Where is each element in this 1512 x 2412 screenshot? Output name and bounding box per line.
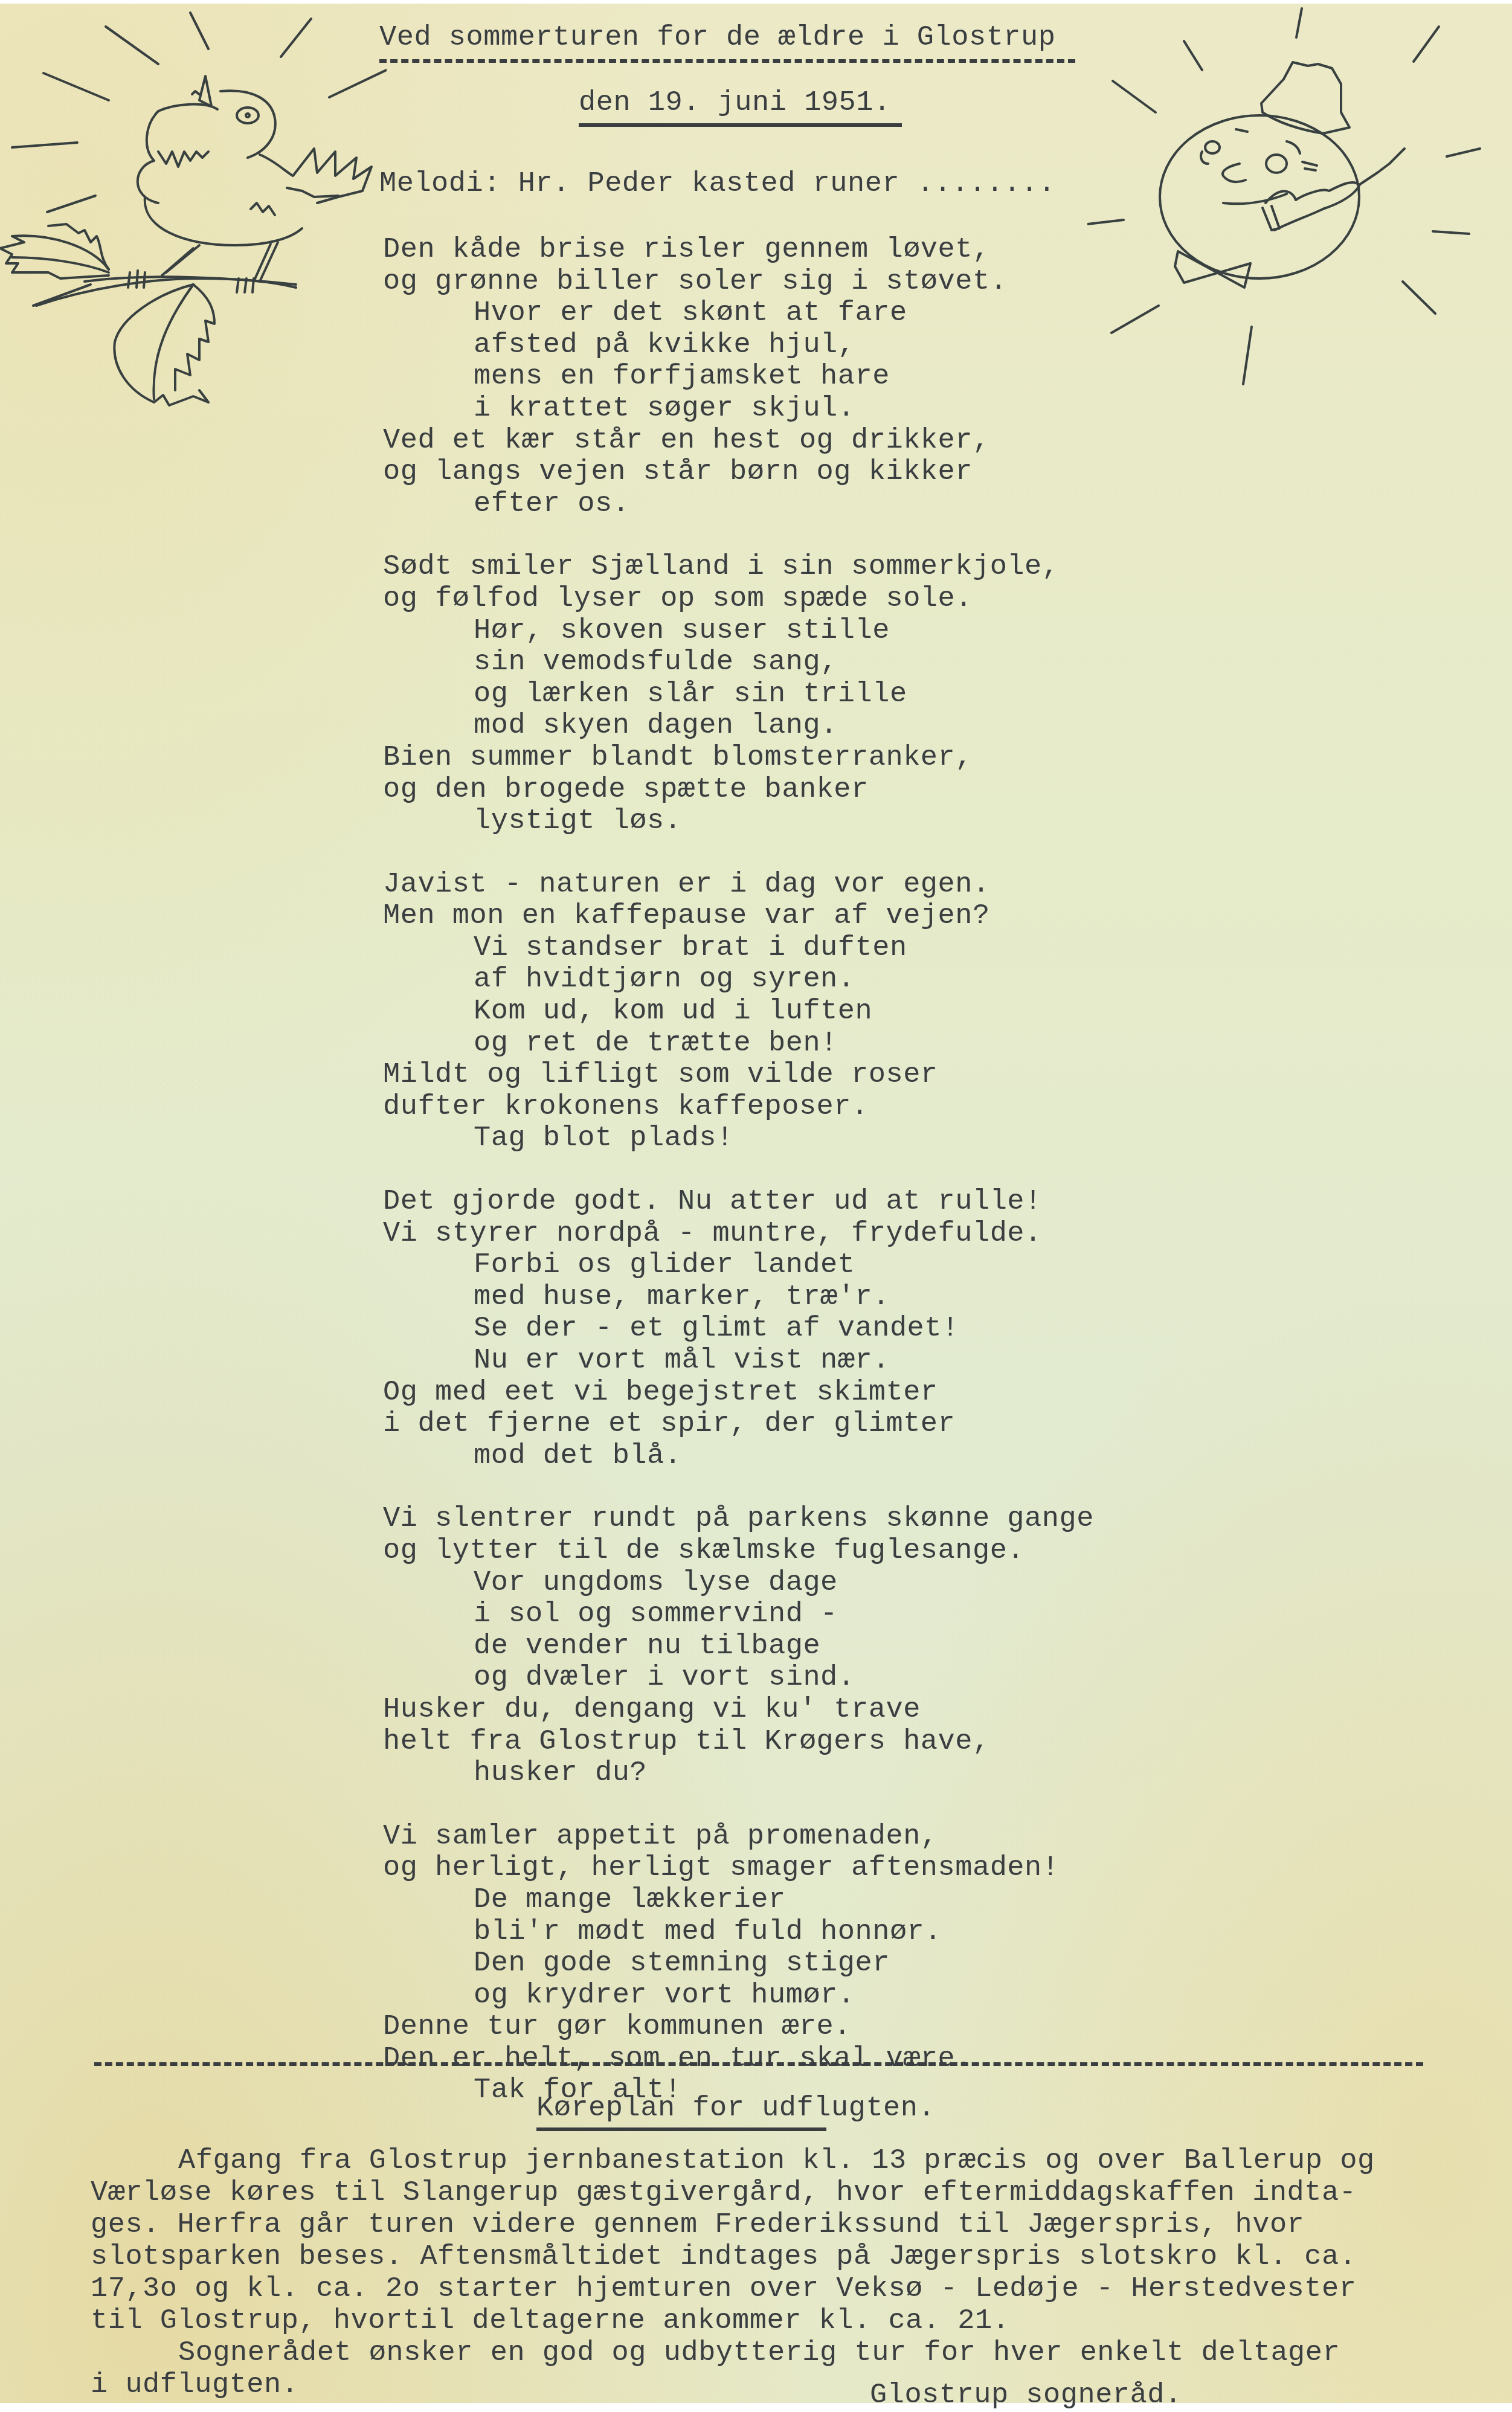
schedule-line: i udflugten. [91, 2369, 1438, 2401]
poem-line: mod skyen dagen lang. [383, 710, 1094, 742]
poem-line: Den gode stemning stiger [383, 1948, 1094, 1980]
poem-line: og langs vejen står børn og kikker [383, 457, 1094, 489]
poem-line: helt fra Glostrup til Krøgers have, [383, 1726, 1094, 1758]
poem-line: Bien summer blandt blomsterranker, [383, 742, 1094, 774]
melody-line: Melodi: Hr. Peder kasted runer ........ [379, 168, 1055, 200]
poem-line: dufter krokonens kaffeposer. [383, 1092, 1094, 1124]
poem-line: og herligt, herligt smager aftensmaden! [383, 1853, 1094, 1885]
poem-line: mod det blå. [383, 1441, 1094, 1473]
stanza: Sødt smiler Sjælland i sin sommerkjole, … [383, 552, 1094, 837]
poem-line: og den brogede spætte banker [383, 774, 1094, 806]
poem-line: Den er helt, som en tur skal være. [383, 2044, 1094, 2076]
poem-line: i det fjerne et spir, der glimter [383, 1409, 1094, 1441]
poem-line: og dvæler i vort sind. [383, 1662, 1094, 1694]
poem-line: Vi samler appetit på promenaden, [383, 1821, 1094, 1853]
poem-line: sin vemodsfulde sang, [383, 647, 1094, 679]
poem-line: Tag blot plads! [383, 1123, 1094, 1155]
date-underline [579, 123, 902, 127]
poem-line: Men mon en kaffepause var af vejen? [383, 901, 1094, 933]
poem-line: Og med eet vi begejstret skimter [383, 1377, 1094, 1409]
stanza: Det gjorde godt. Nu atter ud at rulle! V… [383, 1186, 1094, 1472]
poem-line: og lærken slår sin trille [383, 679, 1094, 711]
schedule-title-underline [536, 2127, 826, 2131]
poem-line: og følfod lyser op som spæde sole. [383, 584, 1094, 616]
poem-line: i krattet søger skjul. [383, 393, 1094, 425]
poem-line: mens en forfjamsket hare [383, 361, 1094, 393]
section-separator [94, 2062, 1423, 2066]
title-underline [379, 59, 1075, 63]
poem-line: Hør, skoven suser stille [383, 616, 1094, 648]
poem-line: Nu er vort mål vist nær. [383, 1345, 1094, 1377]
stanza: Javist - naturen er i dag vor egen. Men … [383, 869, 1094, 1155]
schedule-line: ges. Herfra går turen videre gennem Fred… [91, 2209, 1438, 2241]
poem-line: og krydrer vort humør. [383, 1980, 1094, 2012]
poem-line: bli'r mødt med fuld honnør. [383, 1917, 1094, 1949]
poem-line: Se der - et glimt af vandet! [383, 1313, 1094, 1345]
schedule-line: til Glostrup, hvortil deltagerne ankomme… [91, 2305, 1438, 2337]
schedule-line: Afgang fra Glostrup jernbanestation kl. … [91, 2145, 1438, 2177]
typewritten-page: Ved sommerturen for de ældre i Glostrup … [0, 4, 1512, 2403]
page-title: Ved sommerturen for de ældre i Glostrup [379, 22, 1055, 54]
poem-line: Sødt smiler Sjælland i sin sommerkjole, [383, 552, 1094, 584]
poem-line: og lytter til de skælmske fuglesange. [383, 1536, 1094, 1568]
poem-line: lystigt løs. [383, 806, 1094, 838]
signature: Glostrup sogneråd. [870, 2379, 1182, 2411]
schedule-line: slotsparken beses. Aftensmåltidet indtag… [91, 2241, 1438, 2273]
stanza: Vi slentrer rundt på parkens skønne gang… [383, 1503, 1094, 1789]
poem-line: Vor ungdoms lyse dage [383, 1568, 1094, 1600]
poem-line: og ret de trætte ben! [383, 1028, 1094, 1060]
poem-line: De mange lækkerier [383, 1885, 1094, 1917]
sun-face-illustration [1087, 4, 1512, 517]
poem-line: Husker du, dengang vi ku' trave [383, 1694, 1094, 1726]
poem-line: Javist - naturen er i dag vor egen. [383, 869, 1094, 901]
poem-line: Vi styrer nordpå - muntre, frydefulde. [383, 1218, 1094, 1250]
poem-line: Denne tur gør kommunen ære. [383, 2012, 1094, 2044]
schedule-paragraph: Afgang fra Glostrup jernbanestation kl. … [91, 2145, 1438, 2401]
poem-line: de vender nu tilbage [383, 1631, 1094, 1663]
poem: Den kåde brise risler gennem løvet, og g… [383, 234, 1094, 2138]
poem-line: husker du? [383, 1758, 1094, 1790]
poem-line: Kom ud, kom ud i luften [383, 996, 1094, 1028]
poem-line: Vi standser brat i duften [383, 933, 1094, 965]
poem-line: afsted på kvikke hjul, [383, 330, 1094, 362]
event-date: den 19. juni 1951. [579, 87, 891, 119]
poem-line: Mildt og lifligt som vilde roser [383, 1060, 1094, 1092]
schedule-line: 17,3o og kl. ca. 2o starter hjemturen ov… [91, 2273, 1438, 2305]
poem-line: Ved et kær står en hest og drikker, [383, 425, 1094, 457]
poem-line: i sol og sommervind - [383, 1599, 1094, 1631]
poem-line: Den kåde brise risler gennem løvet, [383, 234, 1094, 266]
poem-line: Vi slentrer rundt på parkens skønne gang… [383, 1503, 1094, 1536]
poem-line: efter os. [383, 489, 1094, 521]
poem-line: Hvor er det skønt at fare [383, 298, 1094, 330]
schedule-line: Sognerådet ønsker en god og udbytterig t… [91, 2337, 1438, 2369]
poem-line: og grønne biller soler sig i støvet. [383, 266, 1094, 298]
poem-line: Forbi os glider landet [383, 1250, 1094, 1282]
schedule-line: Værløse køres til Slangerup gæstgivergår… [91, 2177, 1438, 2209]
poem-line: Det gjorde godt. Nu atter ud at rulle! [383, 1186, 1094, 1218]
singing-bird-illustration [0, 4, 387, 547]
poem-line: med huse, marker, træ'r. [383, 1282, 1094, 1314]
schedule-title: Køreplan for udflugten. [536, 2092, 935, 2124]
poem-line: af hvidtjørn og syren. [383, 964, 1094, 996]
stanza: Den kåde brise risler gennem løvet, og g… [383, 234, 1094, 520]
